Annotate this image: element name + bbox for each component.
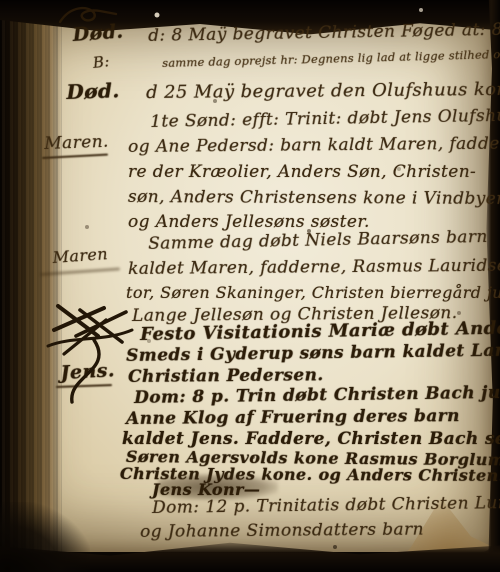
margin-note-maren-1: Maren. — [44, 132, 109, 154]
manuscript-line: kaldet Jens. Faddere, Christen Bach sen — [122, 429, 500, 449]
manuscript-line: og Ane Pedersd: barn kaldt Maren, fadde- — [128, 134, 500, 157]
church-register-scan: Død. B: Død. Maren. Maren Jens. d: 8 Maÿ… — [0, 0, 500, 572]
photo-corner-shadow — [0, 502, 90, 572]
margin-note-dod-2: Død. — [66, 78, 120, 104]
crossed-out-note-scribble — [42, 300, 158, 410]
manuscript-line: re der Kræolier, Anders Søn, Christen- — [128, 162, 476, 182]
margin-note-maren-2: Maren — [52, 244, 109, 267]
manuscript-line: kaldet Maren, fadderne, Rasmus Lauridsen — [128, 256, 500, 279]
ink-smudge — [158, 474, 278, 500]
manuscript-line: tor, Søren Skaninger, Christen bierregår… — [126, 283, 500, 302]
dust-specks — [0, 0, 2, 2]
manuscript-line: Anne Klog af Fruering deres barn — [126, 406, 460, 429]
manuscript-line: og Johanne Simonsdatters barn — [140, 520, 424, 542]
manuscript-line: d 25 Maÿ begravet den Olufshuus kone at.… — [146, 78, 500, 103]
ink-flourish — [56, 4, 120, 28]
manuscript-line: søn, Anders Christensens kone i Vindbyen — [128, 187, 500, 209]
book-spine-edge — [0, 0, 62, 572]
margin-note-b: B: — [92, 52, 111, 72]
manuscript-line: og Anders Jellesøns søster. — [128, 212, 370, 232]
